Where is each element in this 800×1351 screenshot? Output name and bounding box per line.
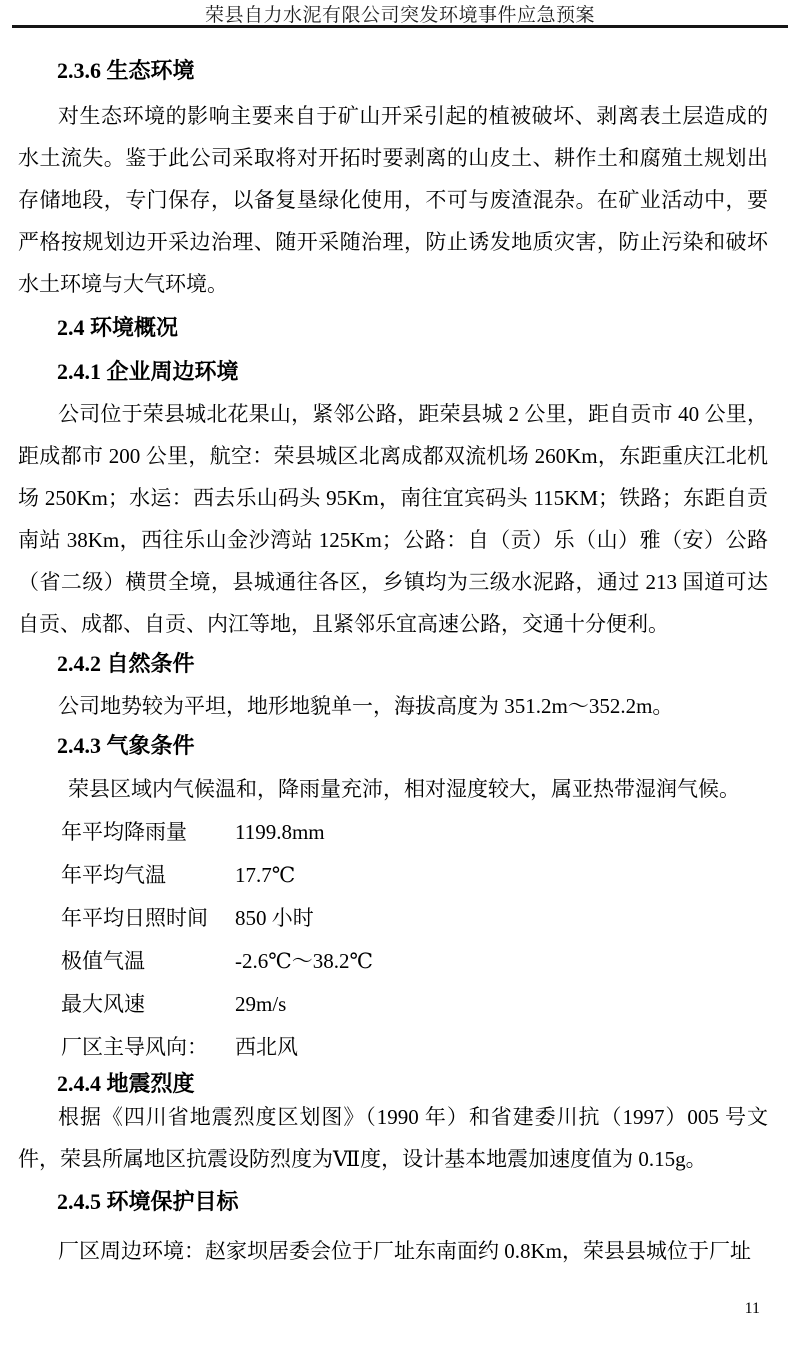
- meteorology-list: 年平均降雨量 1199.8mm 年平均气温 17.7℃ 年平均日照时间 850 …: [61, 811, 373, 1069]
- met-row-wind-direction: 厂区主导风向： 西北风: [61, 1026, 373, 1069]
- page-number: 11: [745, 1300, 760, 1318]
- section-heading-2-4-1: 2.4.1 企业周边环境: [18, 357, 768, 387]
- met-value: 850 小时: [235, 897, 314, 940]
- paragraph-ecology: 对生态环境的影响主要来自于矿山开采引起的植被破坏、剥离表土层造成的水土流失。鉴于…: [18, 95, 768, 305]
- paragraph-seismic: 根据《四川省地震烈度区划图》（1990 年）和省建委川抗（1997）005 号文…: [18, 1096, 768, 1180]
- met-label: 最大风速: [61, 983, 235, 1026]
- met-label: 年平均日照时间: [61, 897, 235, 940]
- paragraph-natural-conditions: 公司地势较为平坦，地形地貌单一，海拔高度为 351.2m～352.2m。: [18, 685, 768, 727]
- met-label: 极值气温: [61, 940, 235, 983]
- section-heading-2-4-4: 2.4.4 地震烈度: [18, 1069, 768, 1099]
- met-row-extreme-temp: 极值气温 -2.6℃～38.2℃: [61, 940, 373, 983]
- met-value: 29m/s: [235, 983, 286, 1026]
- met-label: 年平均降雨量: [61, 811, 235, 854]
- section-heading-2-3-6: 2.3.6 生态环境: [18, 56, 768, 86]
- met-value: 17.7℃: [235, 854, 295, 897]
- met-row-sunshine: 年平均日照时间 850 小时: [61, 897, 373, 940]
- met-row-rainfall: 年平均降雨量 1199.8mm: [61, 811, 373, 854]
- met-row-avg-temp: 年平均气温 17.7℃: [61, 854, 373, 897]
- paragraph-climate: 荣县区域内气候温和，降雨量充沛，相对湿度较大，属亚热带湿润气候。: [18, 768, 768, 810]
- section-heading-2-4: 2.4 环境概况: [18, 313, 768, 343]
- header-rule: [12, 25, 788, 28]
- paragraph-surroundings: 公司位于荣县城北花果山，紧邻公路，距荣县城 2 公里，距自贡市 40 公里，距成…: [18, 393, 768, 645]
- met-value: 1199.8mm: [235, 811, 325, 854]
- met-label: 年平均气温: [61, 854, 235, 897]
- met-label: 厂区主导风向：: [61, 1026, 235, 1069]
- section-heading-2-4-2: 2.4.2 自然条件: [18, 649, 768, 679]
- met-value: -2.6℃～38.2℃: [235, 940, 373, 983]
- paragraph-protection-targets: 厂区周边环境：赵家坝居委会位于厂址东南面约 0.8Km，荣县县城位于厂址: [18, 1230, 768, 1272]
- met-value: 西北风: [235, 1026, 298, 1069]
- met-row-max-wind: 最大风速 29m/s: [61, 983, 373, 1026]
- section-heading-2-4-3: 2.4.3 气象条件: [18, 731, 768, 761]
- header-title: 荣县自力水泥有限公司突发环境事件应急预案: [0, 6, 800, 26]
- section-heading-2-4-5: 2.4.5 环境保护目标: [18, 1187, 768, 1217]
- document-page: 荣县自力水泥有限公司突发环境事件应急预案 2.3.6 生态环境 对生态环境的影响…: [0, 0, 800, 1351]
